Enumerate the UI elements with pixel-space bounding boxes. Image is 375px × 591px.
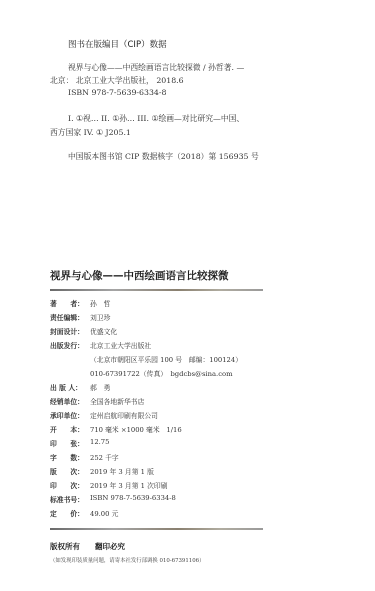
info-label: 经销单位： bbox=[50, 396, 90, 406]
info-row-distributor: 经销单位： 全国各地新华书店 bbox=[50, 396, 144, 406]
info-label: 字 数： bbox=[50, 452, 90, 462]
info-row-price: 定 价： 49.00 元 bbox=[50, 508, 118, 518]
info-label: 出版发行： bbox=[50, 340, 90, 350]
info-row-isbn: 标准书号： ISBN 978-7-5639-6334-8 bbox=[50, 494, 176, 504]
info-label: 印 张： bbox=[50, 438, 90, 448]
info-value: 郝 勇 bbox=[90, 382, 110, 392]
info-row-format: 开 本： 710 毫米 ×1000 毫米 1/16 bbox=[50, 424, 182, 434]
info-value: 12.75 bbox=[90, 438, 109, 448]
info-row-editor: 责任编辑： 刘卫珍 bbox=[50, 312, 110, 322]
info-value: 定州启航印刷有限公司 bbox=[90, 410, 158, 420]
cip-line-publisher: 北京： 北京工业大学出版社， 2018.6 bbox=[50, 75, 184, 86]
bottom-divider bbox=[50, 528, 263, 530]
copyright-note: （如发现印装质量问题，请寄本社发行部调换 010-67391106） bbox=[50, 556, 204, 564]
top-divider bbox=[50, 289, 263, 291]
book-title: 视界与心像——中西绘画语言比较探微 bbox=[50, 268, 229, 283]
cip-line-classification: I. ①视… II. ①孙… III. ①绘画—对比研究—中国、 bbox=[68, 113, 244, 124]
info-value: 全国各地新华书店 bbox=[90, 396, 144, 406]
info-row-printing: 印 次： 2019 年 3 月第 1 次印刷 bbox=[50, 480, 168, 490]
info-label: 著 者： bbox=[50, 298, 90, 308]
info-row-author: 著 者： 孙 哲 bbox=[50, 298, 110, 308]
info-row-printer: 承印单位： 定州启航印刷有限公司 bbox=[50, 410, 158, 420]
cip-line-isbn: ISBN 978-7-5639-6334-8 bbox=[68, 88, 166, 97]
info-row-word-count: 字 数： 252 千字 bbox=[50, 452, 119, 462]
info-row-edition: 版 次： 2019 年 3 月第 1 版 bbox=[50, 466, 154, 476]
info-value: 49.00 元 bbox=[90, 508, 118, 518]
publisher-contact: 010-67391722（传真） bgdcbs@sina.com bbox=[90, 368, 233, 378]
publisher-address: （北京市朝阳区平乐园 100 号 邮编：100124） bbox=[90, 354, 242, 364]
info-label: 定 价： bbox=[50, 508, 90, 518]
cip-line-classification-cont: 西方国家 IV. ① J205.1 bbox=[50, 127, 131, 138]
info-value: 2019 年 3 月第 1 次印刷 bbox=[90, 480, 168, 490]
copyright-statement: 版权所有 翻印必究 bbox=[50, 541, 125, 552]
info-row-sheets: 印 张： 12.75 bbox=[50, 438, 109, 448]
info-row-cover-design: 封面设计： 优盛文化 bbox=[50, 326, 117, 336]
info-value: 孙 哲 bbox=[90, 298, 110, 308]
info-value: 2019 年 3 月第 1 版 bbox=[90, 466, 154, 476]
cip-line-record-number: 中国版本图书馆 CIP 数据核字（2018）第 156935 号 bbox=[68, 151, 259, 162]
cip-line-title: 视界与心像——中西绘画语言比较探微 / 孙哲著. — bbox=[68, 62, 244, 73]
info-label: 标准书号： bbox=[50, 494, 90, 504]
info-label: 封面设计： bbox=[50, 326, 90, 336]
info-label: 出 版 人： bbox=[50, 382, 90, 392]
info-label: 承印单位： bbox=[50, 410, 90, 420]
info-label: 版 次： bbox=[50, 466, 90, 476]
info-row-publisher-person: 出 版 人： 郝 勇 bbox=[50, 382, 110, 392]
info-value: 252 千字 bbox=[90, 452, 119, 462]
info-value: 优盛文化 bbox=[90, 326, 117, 336]
info-label: 责任编辑： bbox=[50, 312, 90, 322]
info-value: 710 毫米 ×1000 毫米 1/16 bbox=[90, 424, 182, 434]
info-row-publisher: 出版发行： 北京工业大学出版社 bbox=[50, 340, 151, 350]
info-label: 印 次： bbox=[50, 480, 90, 490]
info-value: 北京工业大学出版社 bbox=[90, 340, 151, 350]
cip-header: 图书在版编目（CIP）数据 bbox=[68, 38, 167, 50]
info-value: 刘卫珍 bbox=[90, 312, 110, 322]
info-label: 开 本： bbox=[50, 424, 90, 434]
info-value: ISBN 978-7-5639-6334-8 bbox=[90, 494, 176, 504]
